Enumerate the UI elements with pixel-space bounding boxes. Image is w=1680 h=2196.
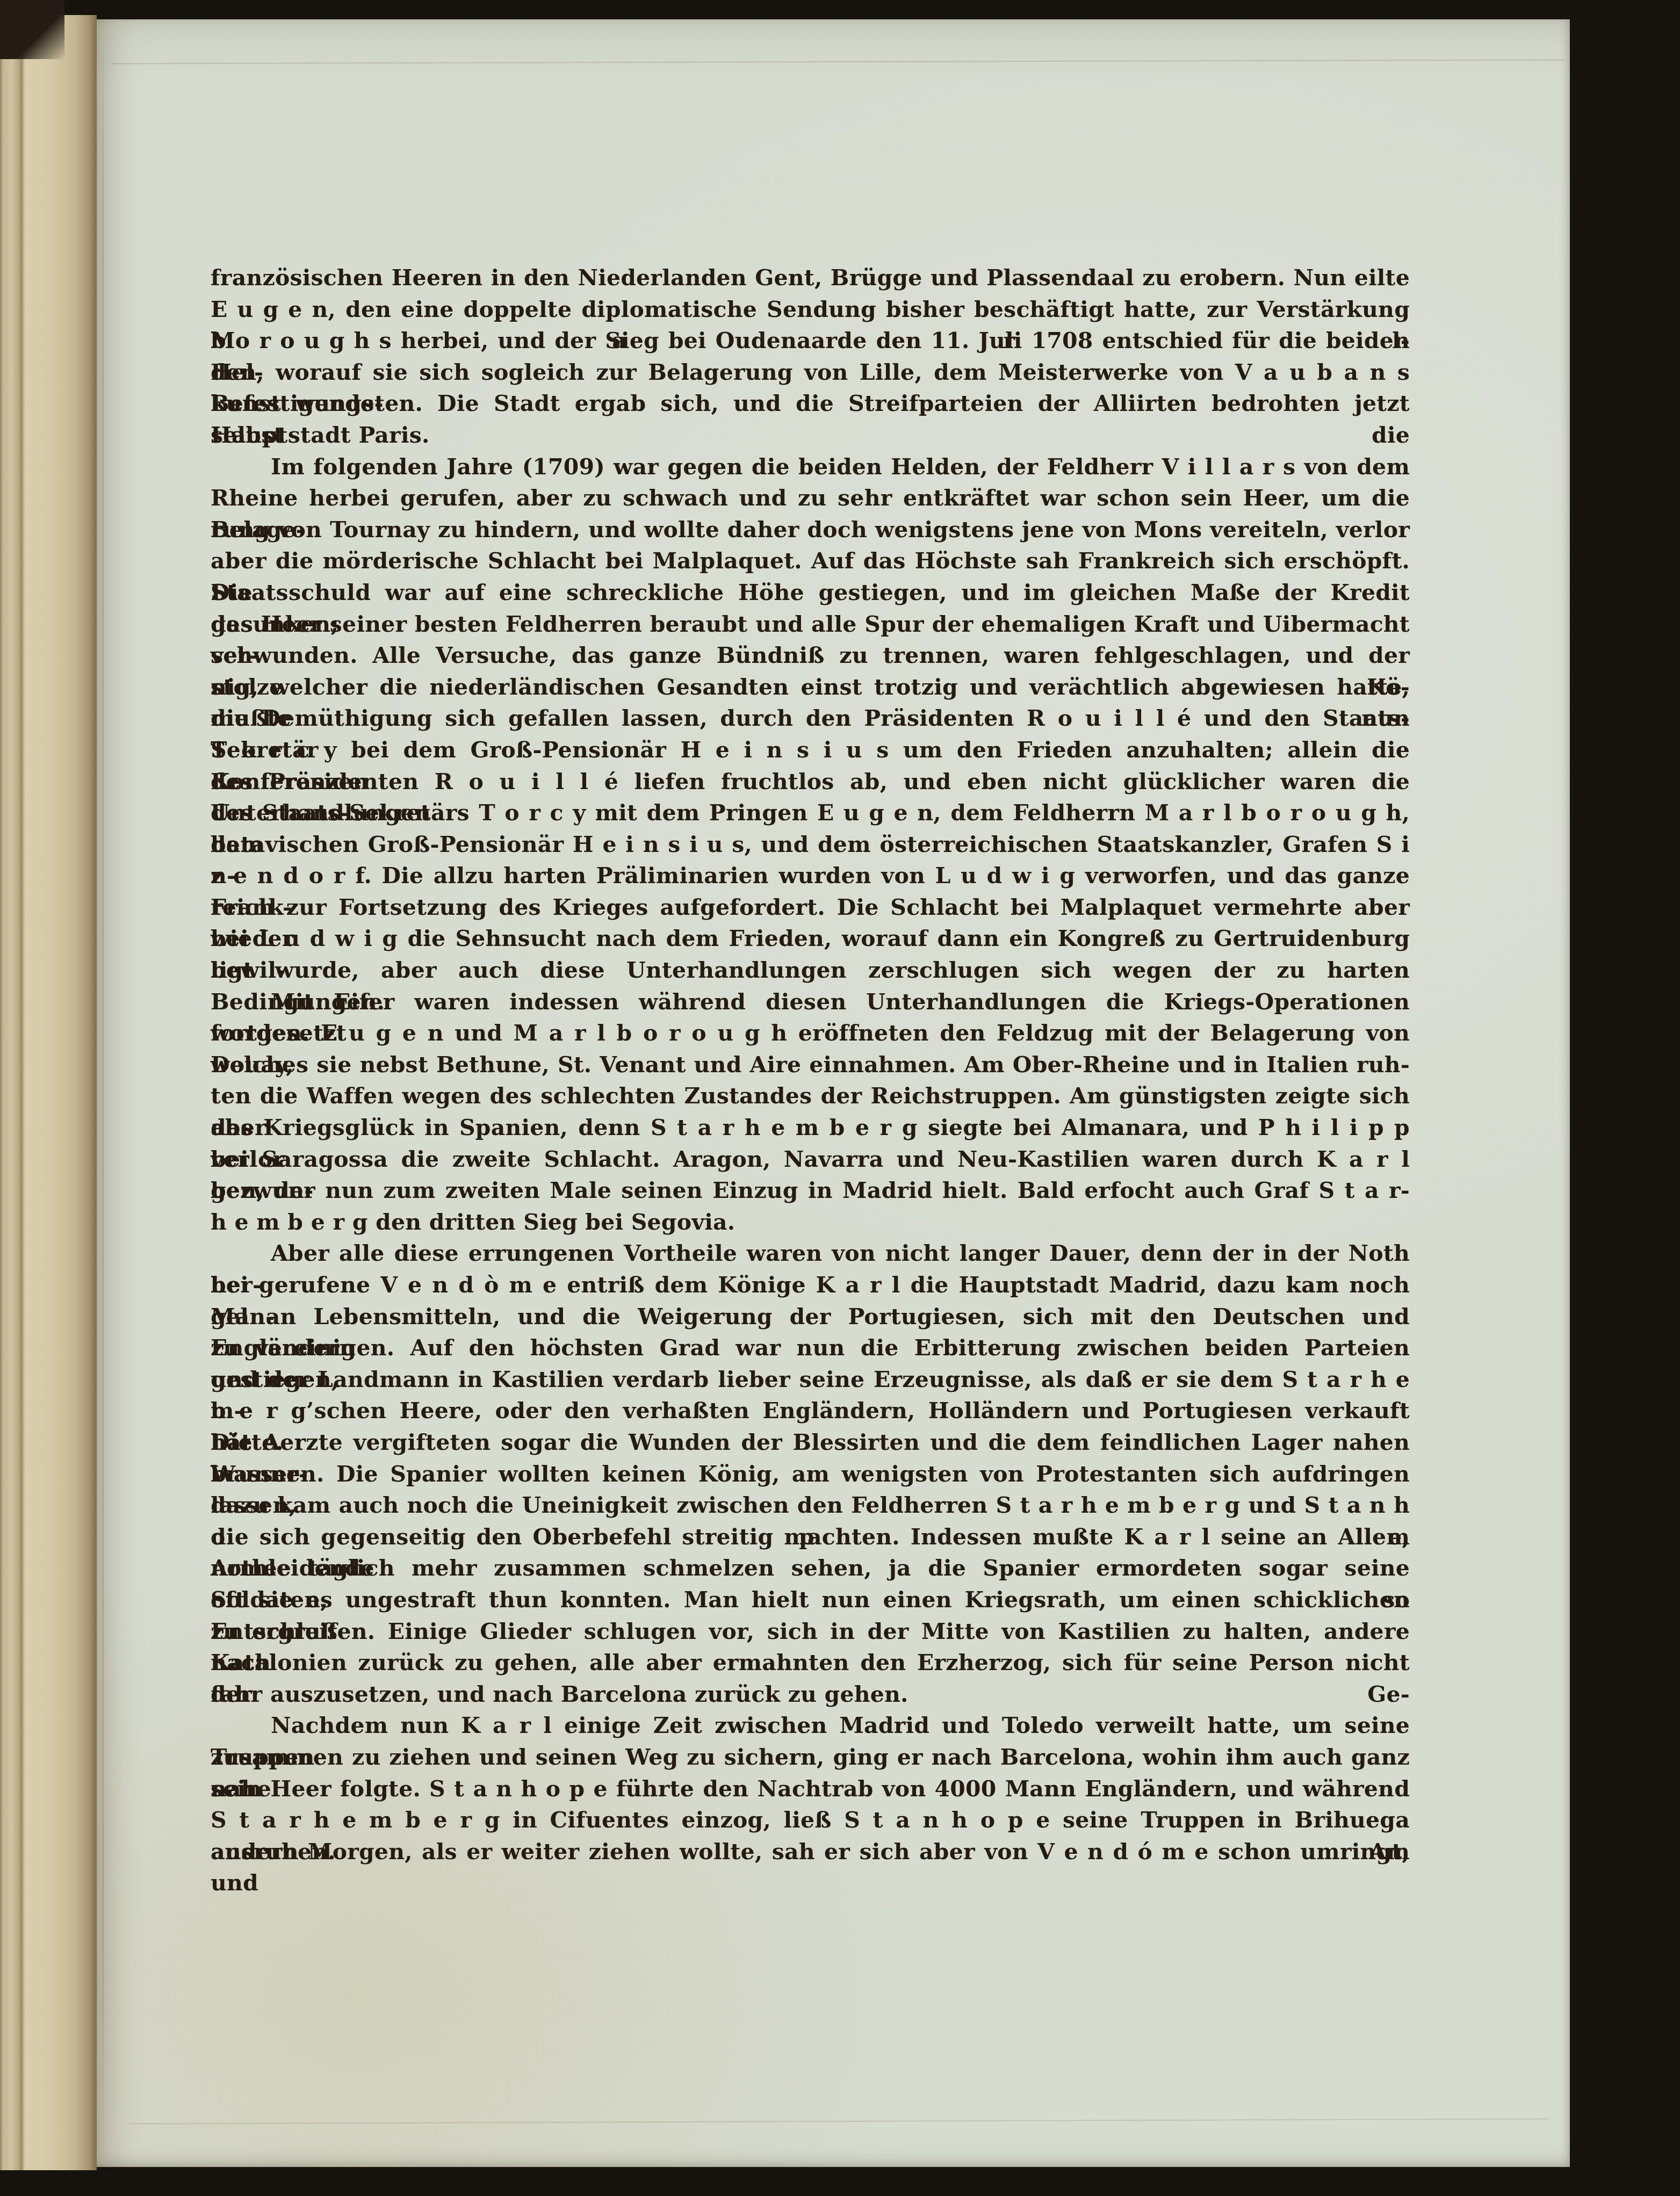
text-line: ten die Waffen wegen des schlechten Zust… <box>211 1080 1410 1112</box>
text-line: schwunden. Alle Versuche, das ganze Bünd… <box>211 640 1410 671</box>
text-line: bei gerufene V e n d ò m e entriß dem Kö… <box>211 1269 1410 1301</box>
text-line: h e m b e r g den dritten Sieg bei Segov… <box>211 1207 1410 1238</box>
text-line: Im folgenden Jahre (1709) war gegen die … <box>211 451 1410 483</box>
text-line: Armee täglich mehr zusammen schmelzen se… <box>211 1552 1410 1584</box>
scanned-book-photo: französischen Heeren in den Niederlanden… <box>0 0 1680 2196</box>
text-line: Staatsschuld war auf eine schreckliche H… <box>211 577 1410 609</box>
text-line: zu ergreifen. Einige Glieder schlugen vo… <box>211 1616 1410 1648</box>
text-line: brunnen. Die Spanier wollten keinen Köni… <box>211 1458 1410 1490</box>
page-top-foldline <box>111 59 1564 64</box>
text-line: die Demüthigung sich gefallen lassen, du… <box>211 703 1410 734</box>
text-line: welches sie nebst Bethune, St. Venant un… <box>211 1049 1410 1081</box>
text-line: Rheine herbei gerufen, aber zu schwach u… <box>211 482 1410 514</box>
text-line: und der Landmann in Kastilien verdarb li… <box>211 1364 1410 1396</box>
text-line: aber die mörderische Schlacht bei Malpla… <box>211 545 1410 577</box>
text-line: zu vereinigen. Auf den höchsten Grad war… <box>211 1332 1410 1364</box>
text-line: des Staats-Sekretärs T o r c y mit dem P… <box>211 797 1410 829</box>
text-line: das Kriegsglück in Spanien, denn S t a r… <box>211 1112 1410 1144</box>
text-line: andern Morgen, als er weiter ziehen woll… <box>211 1836 1410 1868</box>
text-line: dazu kam auch noch die Uneinigkeit zwisc… <box>211 1490 1410 1521</box>
text-line: E u g e n, den eine doppelte diplomatisc… <box>211 294 1410 326</box>
book-page: französischen Heeren in den Niederlanden… <box>97 19 1570 2167</box>
text-line: französischen Heeren in den Niederlanden… <box>211 262 1410 294</box>
text-line: b o r o u g h s herbei, und der Sieg bei… <box>211 325 1410 357</box>
book-page-edge-stack <box>0 15 97 2170</box>
binding-crease <box>102 19 104 2167</box>
text-line: bei Saragossa die zweite Schlacht. Arago… <box>211 1144 1410 1175</box>
text-line: gel an Lebensmitteln, und die Weigerung … <box>211 1301 1410 1333</box>
text-line: den, worauf sie sich sogleich zur Belage… <box>211 357 1410 388</box>
text-line: kunst wendeten. Die Stadt ergab sich, un… <box>211 388 1410 420</box>
page-text: französischen Heeren in den Niederlanden… <box>211 262 1410 1867</box>
text-line: die sich gegenseitig den Oberbefehl stre… <box>211 1521 1410 1553</box>
text-line: oft sie es ungestraft thun konnten. Man … <box>211 1584 1410 1616</box>
text-line: S t a r h e m b e r g in Cifuentes einzo… <box>211 1804 1410 1836</box>
text-line: Katalonien zurück zu gehen, alle aber er… <box>211 1647 1410 1679</box>
text-line: batavischen Groß-Pensionär H e i n s i u… <box>211 829 1410 861</box>
text-line: Aber alle diese errungenen Vortheile war… <box>211 1238 1410 1269</box>
text-line: sein Heer folgte. S t a n h o p e führte… <box>211 1773 1410 1805</box>
text-line: das Heer seiner besten Feldherren beraub… <box>211 609 1410 640</box>
text-line: b e r g’schen Heere, oder den verhaßten … <box>211 1395 1410 1427</box>
text-line: ligt wurde, aber auch diese Unterhandlun… <box>211 955 1410 986</box>
text-line: gen, der nun zum zweiten Male seinen Ein… <box>211 1175 1410 1207</box>
text-line: bei L u d w i g die Sehnsucht nach dem F… <box>211 923 1410 955</box>
text-line: Mit Eifer waren indessen während diesen … <box>211 986 1410 1018</box>
text-line: T o r c y bei dem Groß-Pensionär H e i n… <box>211 734 1410 766</box>
text-line: reich zur Fortsetzung des Krieges aufgef… <box>211 892 1410 923</box>
page-bottom-foldline <box>129 2118 1548 2124</box>
text-line: z e n d o r f. Die allzu harten Prälimin… <box>211 860 1410 892</box>
text-line: worden. E u g e n und M a r l b o r o u … <box>211 1017 1410 1049</box>
text-line: Die Aerzte vergifteten sogar die Wunden … <box>211 1427 1410 1458</box>
text-line: Nachdem nun K a r l einige Zeit zwischen… <box>211 1710 1410 1742</box>
text-line: zusammen zu ziehen und seinen Weg zu sic… <box>211 1742 1410 1773</box>
text-line: nig, welcher die niederländischen Gesand… <box>211 671 1410 703</box>
text-line: des Präsidenten R o u i l l é liefen fru… <box>211 766 1410 798</box>
text-line: rung von Tournay zu hindern, und wollte … <box>211 514 1410 546</box>
